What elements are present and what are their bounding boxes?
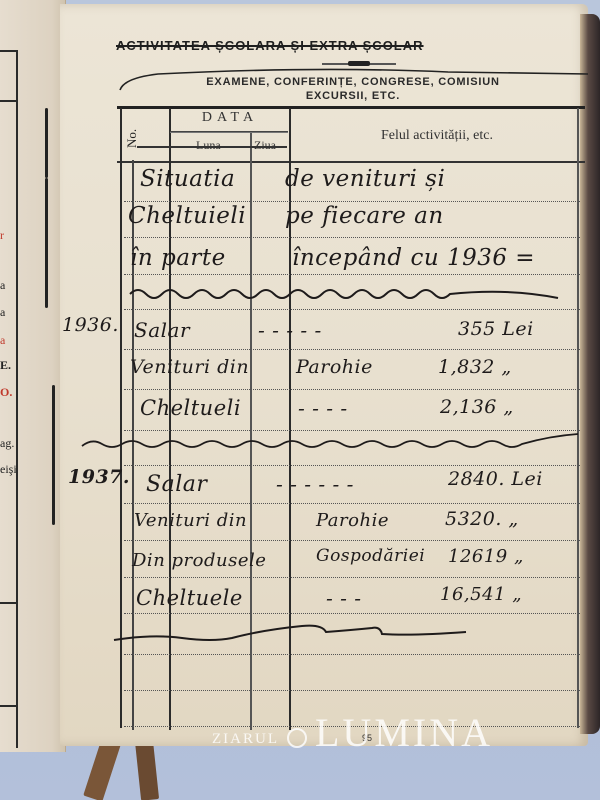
subtitle-line-1: EXAMENE, CONFERINȚE, CONGRESE, COMISIUN — [116, 75, 590, 89]
watermark: ZIARUL LUMINA — [212, 708, 493, 754]
wavy-separator — [80, 432, 580, 454]
entry-amount: 12619 „ — [448, 546, 524, 567]
row-rule — [124, 503, 580, 504]
bookmark-ribbon — [83, 738, 121, 800]
entry-label: Salar — [134, 318, 190, 342]
row-rule — [124, 690, 580, 691]
entry-filler: Parohie — [316, 510, 389, 531]
intro-text: Situatia — [140, 166, 235, 192]
column-header-felul: Felul activității, etc. — [290, 128, 584, 144]
left-page-fragment: O. — [0, 385, 12, 400]
left-page-fragment: eişi — [0, 462, 17, 477]
left-page-fragment: a — [0, 305, 5, 320]
intro-text: în parte — [130, 245, 226, 271]
left-page-fragment: r — [0, 228, 4, 243]
left-page-rule — [0, 100, 16, 102]
entry-amount: 5320. „ — [445, 508, 519, 530]
row-rule — [124, 201, 580, 202]
binding-thread — [45, 108, 48, 178]
left-page-border — [16, 50, 18, 748]
binding-thread — [52, 385, 55, 525]
entry-filler: - - - - - — [258, 318, 322, 342]
row-rule — [124, 389, 580, 390]
subtitle-line-2: EXCURSII, ETC. — [116, 89, 590, 103]
binding-thread — [45, 178, 48, 308]
row-rule — [124, 465, 580, 466]
row-rule — [124, 654, 580, 655]
intro-text: pe fiecare an — [285, 203, 444, 229]
table-header-rule — [117, 161, 585, 163]
intro-text: Cheltuieli — [128, 203, 246, 229]
intro-text: de venituri și — [285, 166, 445, 192]
entry-amount: 2840. Lei — [448, 468, 543, 490]
column-header-data: DATA — [172, 110, 288, 126]
column-header-no: No. — [124, 118, 154, 158]
entry-label: Salar — [146, 472, 207, 497]
row-rule — [124, 577, 580, 578]
year-label: 1936. — [62, 314, 119, 336]
left-page-fragment: a — [0, 278, 5, 293]
entry-amount: 1,832 „ — [438, 356, 512, 378]
entry-label: Venituri din — [130, 356, 249, 378]
bookmark-ribbon — [135, 739, 159, 800]
row-rule — [124, 274, 580, 275]
entry-filler: - - - - - - — [276, 472, 354, 496]
left-page-rule — [0, 705, 16, 707]
left-page-fragment: a — [0, 333, 5, 348]
left-page-fragment: E. — [0, 358, 11, 373]
entry-amount: 355 Lei — [458, 318, 534, 340]
watermark-brand-text: LUMINA — [315, 712, 493, 754]
watermark-small-text: ZIARUL — [212, 731, 279, 754]
row-rule — [124, 237, 580, 238]
left-page: r a a a E. O. ag. eişi — [0, 0, 66, 752]
entry-filler: Parohie — [296, 356, 373, 378]
watermark-logo-icon — [287, 728, 307, 748]
year-label: 1937. — [68, 466, 130, 488]
photo-scene: r a a a E. O. ag. eişi ACTIVITATEA ȘCOLA… — [0, 0, 600, 800]
book-cover-edge — [580, 14, 600, 734]
column-header-divider — [170, 131, 288, 133]
entry-label: Cheltuele — [136, 586, 243, 610]
left-page-rule — [0, 50, 16, 52]
header-strikethrough — [137, 146, 287, 148]
row-rule — [124, 430, 580, 431]
row-rule — [124, 613, 580, 614]
entry-label: Din produsele — [132, 550, 266, 571]
entry-label: Cheltueli — [140, 396, 241, 420]
entry-label: Venituri din — [134, 510, 247, 531]
row-rule — [124, 349, 580, 350]
row-rule — [124, 309, 580, 310]
title-ornament — [322, 63, 396, 65]
entry-amount: 16,541 „ — [440, 584, 522, 605]
table-top-rule — [117, 106, 585, 109]
entry-filler: Gospodăriei — [316, 546, 425, 566]
left-page-fragment: ag. — [0, 436, 14, 451]
row-rule — [124, 540, 580, 541]
entry-amount: 2,136 „ — [440, 396, 514, 418]
entry-filler: - - - - — [298, 396, 348, 420]
page-subtitle: EXAMENE, CONFERINȚE, CONGRESE, COMISIUN … — [116, 75, 590, 103]
closing-flourish — [112, 620, 468, 648]
entry-filler: - - - — [326, 586, 362, 610]
wavy-separator — [128, 278, 568, 302]
page-title: ACTIVITATEA ȘCOLARA ȘI EXTRA ȘCOLAR — [116, 38, 586, 53]
intro-text: începând cu 1936 = — [292, 245, 535, 271]
left-page-rule — [0, 602, 16, 604]
